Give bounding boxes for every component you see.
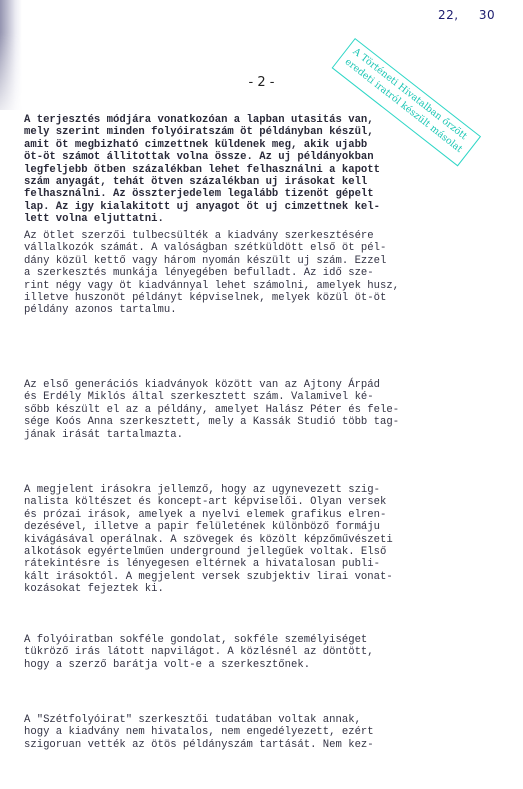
paragraph: A megjelent irásokra jellemző, hogy az u… bbox=[24, 484, 484, 596]
paragraph: A "Szétfolyóirat" szerkesztői tudatában … bbox=[24, 714, 484, 751]
paragraph: Az ötlet szerzői tulbecsülték a kiadvány… bbox=[24, 230, 484, 317]
paragraph: Az első generációs kiadványok között van… bbox=[24, 379, 484, 441]
handwritten-mark: 30 bbox=[479, 8, 495, 22]
handwritten-mark: 22, bbox=[438, 8, 459, 22]
handwritten-page-marks: 22, 30 bbox=[438, 8, 511, 22]
scan-edge-artifact bbox=[0, 0, 22, 110]
page-number: - 2 - bbox=[0, 75, 523, 90]
paragraph: A terjesztés módjára vonatkozóan a lapba… bbox=[24, 114, 484, 226]
paragraph: A folyóiratban sokféle gondolat, sokféle… bbox=[24, 634, 484, 671]
